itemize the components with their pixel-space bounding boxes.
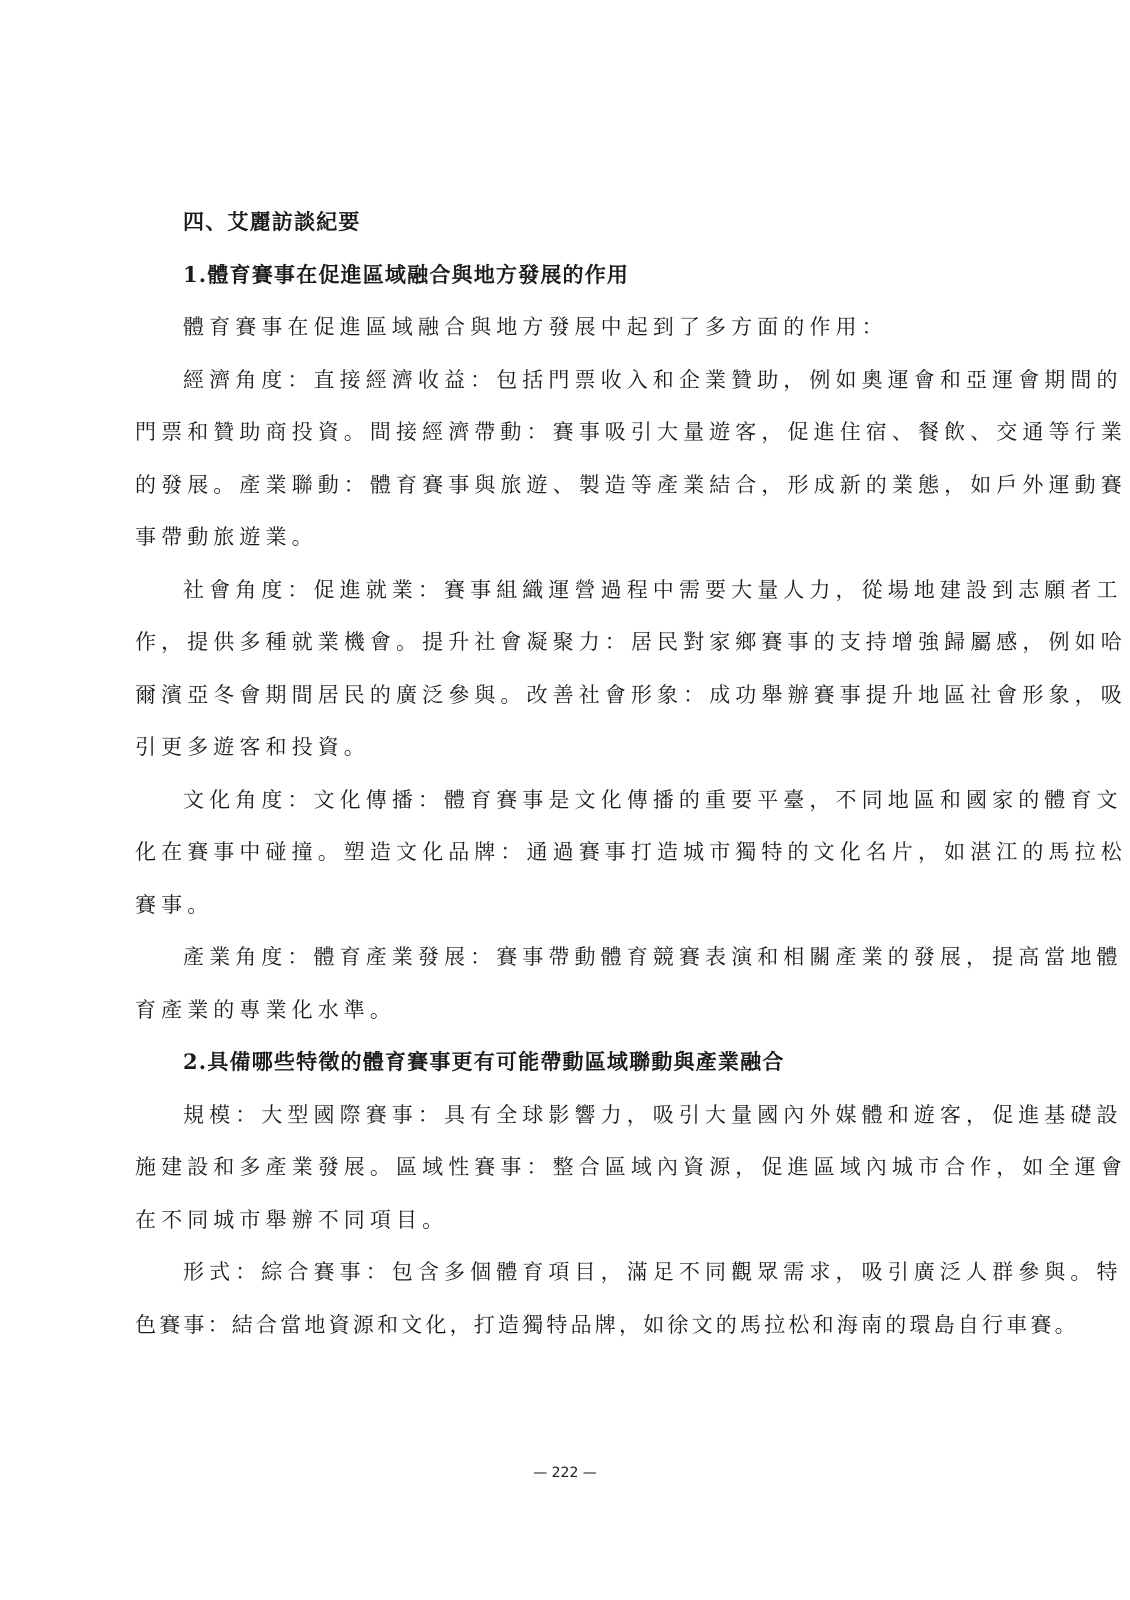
paragraph-line: 體育賽事在促進區域融合與地方發展中起到了多方面的作用： — [135, 301, 977, 354]
paragraph-line: 爾濱亞冬會期間居民的廣泛參與。改善社會形象：成功舉辦賽事提升地區社會形象，吸 — [135, 669, 977, 722]
paragraph-line: 色賽事：結合當地資源和文化，打造獨特品牌，如徐文的馬拉松和海南的環島自行車賽。 — [135, 1299, 977, 1352]
paragraph-line: 產業角度：體育產業發展：賽事帶動體育競賽表演和相關產業的發展，提高當地體 — [135, 931, 977, 984]
subsection-heading-1: 1.體育賽事在促進區域融合與地方發展的作用 — [135, 249, 977, 302]
paragraph-line: 作，提供多種就業機會。提升社會凝聚力：居民對家鄉賽事的支持增強歸屬感，例如哈 — [135, 616, 977, 669]
paragraph-line: 門票和贊助商投資。間接經濟帶動：賽事吸引大量遊客，促進住宿、餐飲、交通等行業 — [135, 406, 977, 459]
document-page: 四、艾麗訪談紀要 1.體育賽事在促進區域融合與地方發展的作用 體育賽事在促進區域… — [135, 196, 977, 1351]
paragraph-line: 規模：大型國際賽事：具有全球影響力，吸引大量國內外媒體和遊客，促進基礎設 — [135, 1089, 977, 1142]
paragraph-line: 事帶動旅遊業。 — [135, 511, 977, 564]
paragraph-line: 形式：綜合賽事：包含多個體育項目，滿足不同觀眾需求，吸引廣泛人群參與。特 — [135, 1246, 977, 1299]
paragraph-line: 施建設和多產業發展。區域性賽事：整合區域內資源，促進區域內城市合作，如全運會 — [135, 1141, 977, 1194]
page-number: — 222 — — [0, 1465, 1130, 1481]
paragraph-line: 在不同城市舉辦不同項目。 — [135, 1194, 977, 1247]
paragraph-line: 賽事。 — [135, 879, 977, 932]
paragraph-line: 育產業的專業化水準。 — [135, 984, 977, 1037]
paragraph-line: 經濟角度：直接經濟收益：包括門票收入和企業贊助，例如奧運會和亞運會期間的 — [135, 354, 977, 407]
paragraph-line: 的發展。產業聯動：體育賽事與旅遊、製造等產業結合，形成新的業態，如戶外運動賽 — [135, 459, 977, 512]
subsection-heading-2: 2.具備哪些特徵的體育賽事更有可能帶動區域聯動與產業融合 — [135, 1036, 977, 1089]
section-title: 四、艾麗訪談紀要 — [135, 196, 977, 249]
paragraph-line: 化在賽事中碰撞。塑造文化品牌：通過賽事打造城市獨特的文化名片，如湛江的馬拉松 — [135, 826, 977, 879]
paragraph-line: 文化角度：文化傳播：體育賽事是文化傳播的重要平臺，不同地區和國家的體育文 — [135, 774, 977, 827]
paragraph-line: 引更多遊客和投資。 — [135, 721, 977, 774]
paragraph-line: 社會角度：促進就業：賽事組織運營過程中需要大量人力，從場地建設到志願者工 — [135, 564, 977, 617]
